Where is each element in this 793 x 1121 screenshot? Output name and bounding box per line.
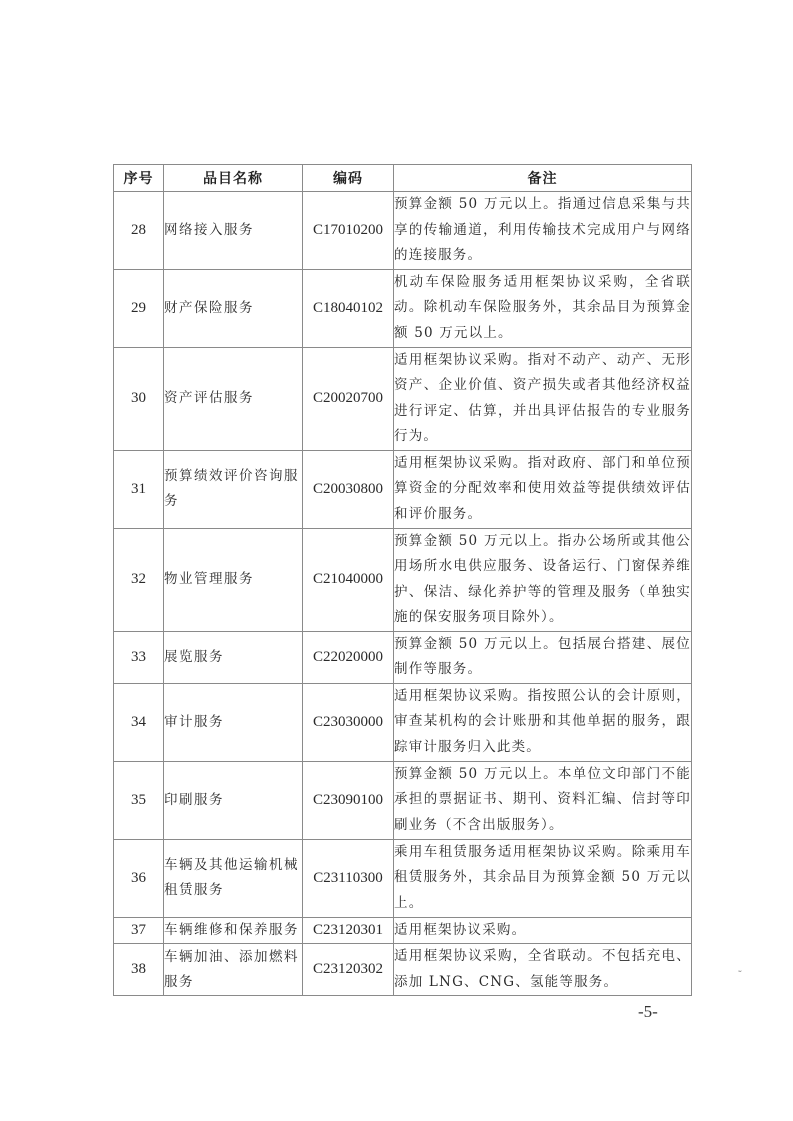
- table-row: 28网络接入服务C17010200预算金额 50 万元以上。指通过信息采集与共享…: [114, 192, 692, 270]
- table-row: 34审计服务C23030000适用框架协议采购。指按照公认的会计原则，审查某机构…: [114, 683, 692, 761]
- table-row: 33展览服务C22020000预算金额 50 万元以上。包括展台搭建、展位制作等…: [114, 631, 692, 683]
- row-serial-number: 33: [114, 631, 164, 683]
- row-item-name: 资产评估服务: [164, 347, 303, 450]
- row-item-code: C23120302: [303, 944, 394, 996]
- row-item-code: C23110300: [303, 839, 394, 917]
- row-serial-number: 30: [114, 347, 164, 450]
- row-remarks: 预算金额 50 万元以上。指办公场所或其他公用场所水电供应服务、设备运行、门窗保…: [394, 528, 692, 631]
- row-remarks: 机动车保险服务适用框架协议采购，全省联动。除机动车保险服务外，其余品目为预算金额…: [394, 269, 692, 347]
- row-item-name: 预算绩效评价咨询服务: [164, 450, 303, 528]
- header-code: 编码: [303, 165, 394, 192]
- row-item-code: C23120301: [303, 917, 394, 944]
- row-serial-number: 28: [114, 192, 164, 270]
- table-row: 31预算绩效评价咨询服务C20030800适用框架协议采购。指对政府、部门和单位…: [114, 450, 692, 528]
- row-item-code: C20020700: [303, 347, 394, 450]
- table-header-row: 序号 品目名称 编码 备注: [114, 165, 692, 192]
- table-row: 36车辆及其他运输机械租赁服务C23110300乘用车租赁服务适用框架协议采购。…: [114, 839, 692, 917]
- row-serial-number: 32: [114, 528, 164, 631]
- row-item-code: C21040000: [303, 528, 394, 631]
- page-number: -5-: [638, 1002, 658, 1022]
- header-remarks: 备注: [394, 165, 692, 192]
- table-row: 32物业管理服务C21040000预算金额 50 万元以上。指办公场所或其他公用…: [114, 528, 692, 631]
- header-item-name: 品目名称: [164, 165, 303, 192]
- row-item-name: 车辆维修和保养服务: [164, 917, 303, 944]
- row-item-code: C22020000: [303, 631, 394, 683]
- row-item-name: 车辆及其他运输机械租赁服务: [164, 839, 303, 917]
- row-remarks: 适用框架协议采购，全省联动。不包括充电、添加 LNG、CNG、氢能等服务。: [394, 944, 692, 996]
- row-remarks: 乘用车租赁服务适用框架协议采购。除乘用车租赁服务外，其余品目为预算金额 50 万…: [394, 839, 692, 917]
- row-item-code: C23090100: [303, 761, 394, 839]
- row-serial-number: 38: [114, 944, 164, 996]
- row-item-code: C20030800: [303, 450, 394, 528]
- row-remarks: 预算金额 50 万元以上。包括展台搭建、展位制作等服务。: [394, 631, 692, 683]
- header-serial-number: 序号: [114, 165, 164, 192]
- row-item-name: 财产保险服务: [164, 269, 303, 347]
- row-item-name: 印刷服务: [164, 761, 303, 839]
- table-row: 38车辆加油、添加燃料服务C23120302适用框架协议采购，全省联动。不包括充…: [114, 944, 692, 996]
- row-item-code: C18040102: [303, 269, 394, 347]
- row-remarks: 适用框架协议采购。指按照公认的会计原则，审查某机构的会计账册和其他单据的服务，跟…: [394, 683, 692, 761]
- row-serial-number: 31: [114, 450, 164, 528]
- row-serial-number: 37: [114, 917, 164, 944]
- table-row: 30资产评估服务C20020700适用框架协议采购。指对不动产、动产、无形资产、…: [114, 347, 692, 450]
- document-page: 序号 品目名称 编码 备注 28网络接入服务C17010200预算金额 50 万…: [0, 0, 793, 1121]
- row-item-name: 审计服务: [164, 683, 303, 761]
- row-serial-number: 34: [114, 683, 164, 761]
- row-item-name: 物业管理服务: [164, 528, 303, 631]
- row-serial-number: 29: [114, 269, 164, 347]
- row-item-name: 车辆加油、添加燃料服务: [164, 944, 303, 996]
- row-serial-number: 36: [114, 839, 164, 917]
- row-item-name: 展览服务: [164, 631, 303, 683]
- row-item-code: C23030000: [303, 683, 394, 761]
- row-remarks: 预算金额 50 万元以上。指通过信息采集与共享的传输通道，利用传输技术完成用户与…: [394, 192, 692, 270]
- row-remarks: 适用框架协议采购。: [394, 917, 692, 944]
- row-remarks: 适用框架协议采购。指对不动产、动产、无形资产、企业价值、资产损失或者其他经济权益…: [394, 347, 692, 450]
- row-remarks: 预算金额 50 万元以上。本单位文印部门不能承担的票据证书、期刊、资料汇编、信封…: [394, 761, 692, 839]
- row-item-name: 网络接入服务: [164, 192, 303, 270]
- row-serial-number: 35: [114, 761, 164, 839]
- table-row: 29财产保险服务C18040102机动车保险服务适用框架协议采购，全省联动。除机…: [114, 269, 692, 347]
- scan-mark: ಀ: [738, 965, 742, 975]
- table-row: 37车辆维修和保养服务C23120301适用框架协议采购。: [114, 917, 692, 944]
- row-item-code: C17010200: [303, 192, 394, 270]
- table-row: 35印刷服务C23090100预算金额 50 万元以上。本单位文印部门不能承担的…: [114, 761, 692, 839]
- procurement-catalog-table: 序号 品目名称 编码 备注 28网络接入服务C17010200预算金额 50 万…: [113, 164, 692, 996]
- row-remarks: 适用框架协议采购。指对政府、部门和单位预算资金的分配效率和使用效益等提供绩效评估…: [394, 450, 692, 528]
